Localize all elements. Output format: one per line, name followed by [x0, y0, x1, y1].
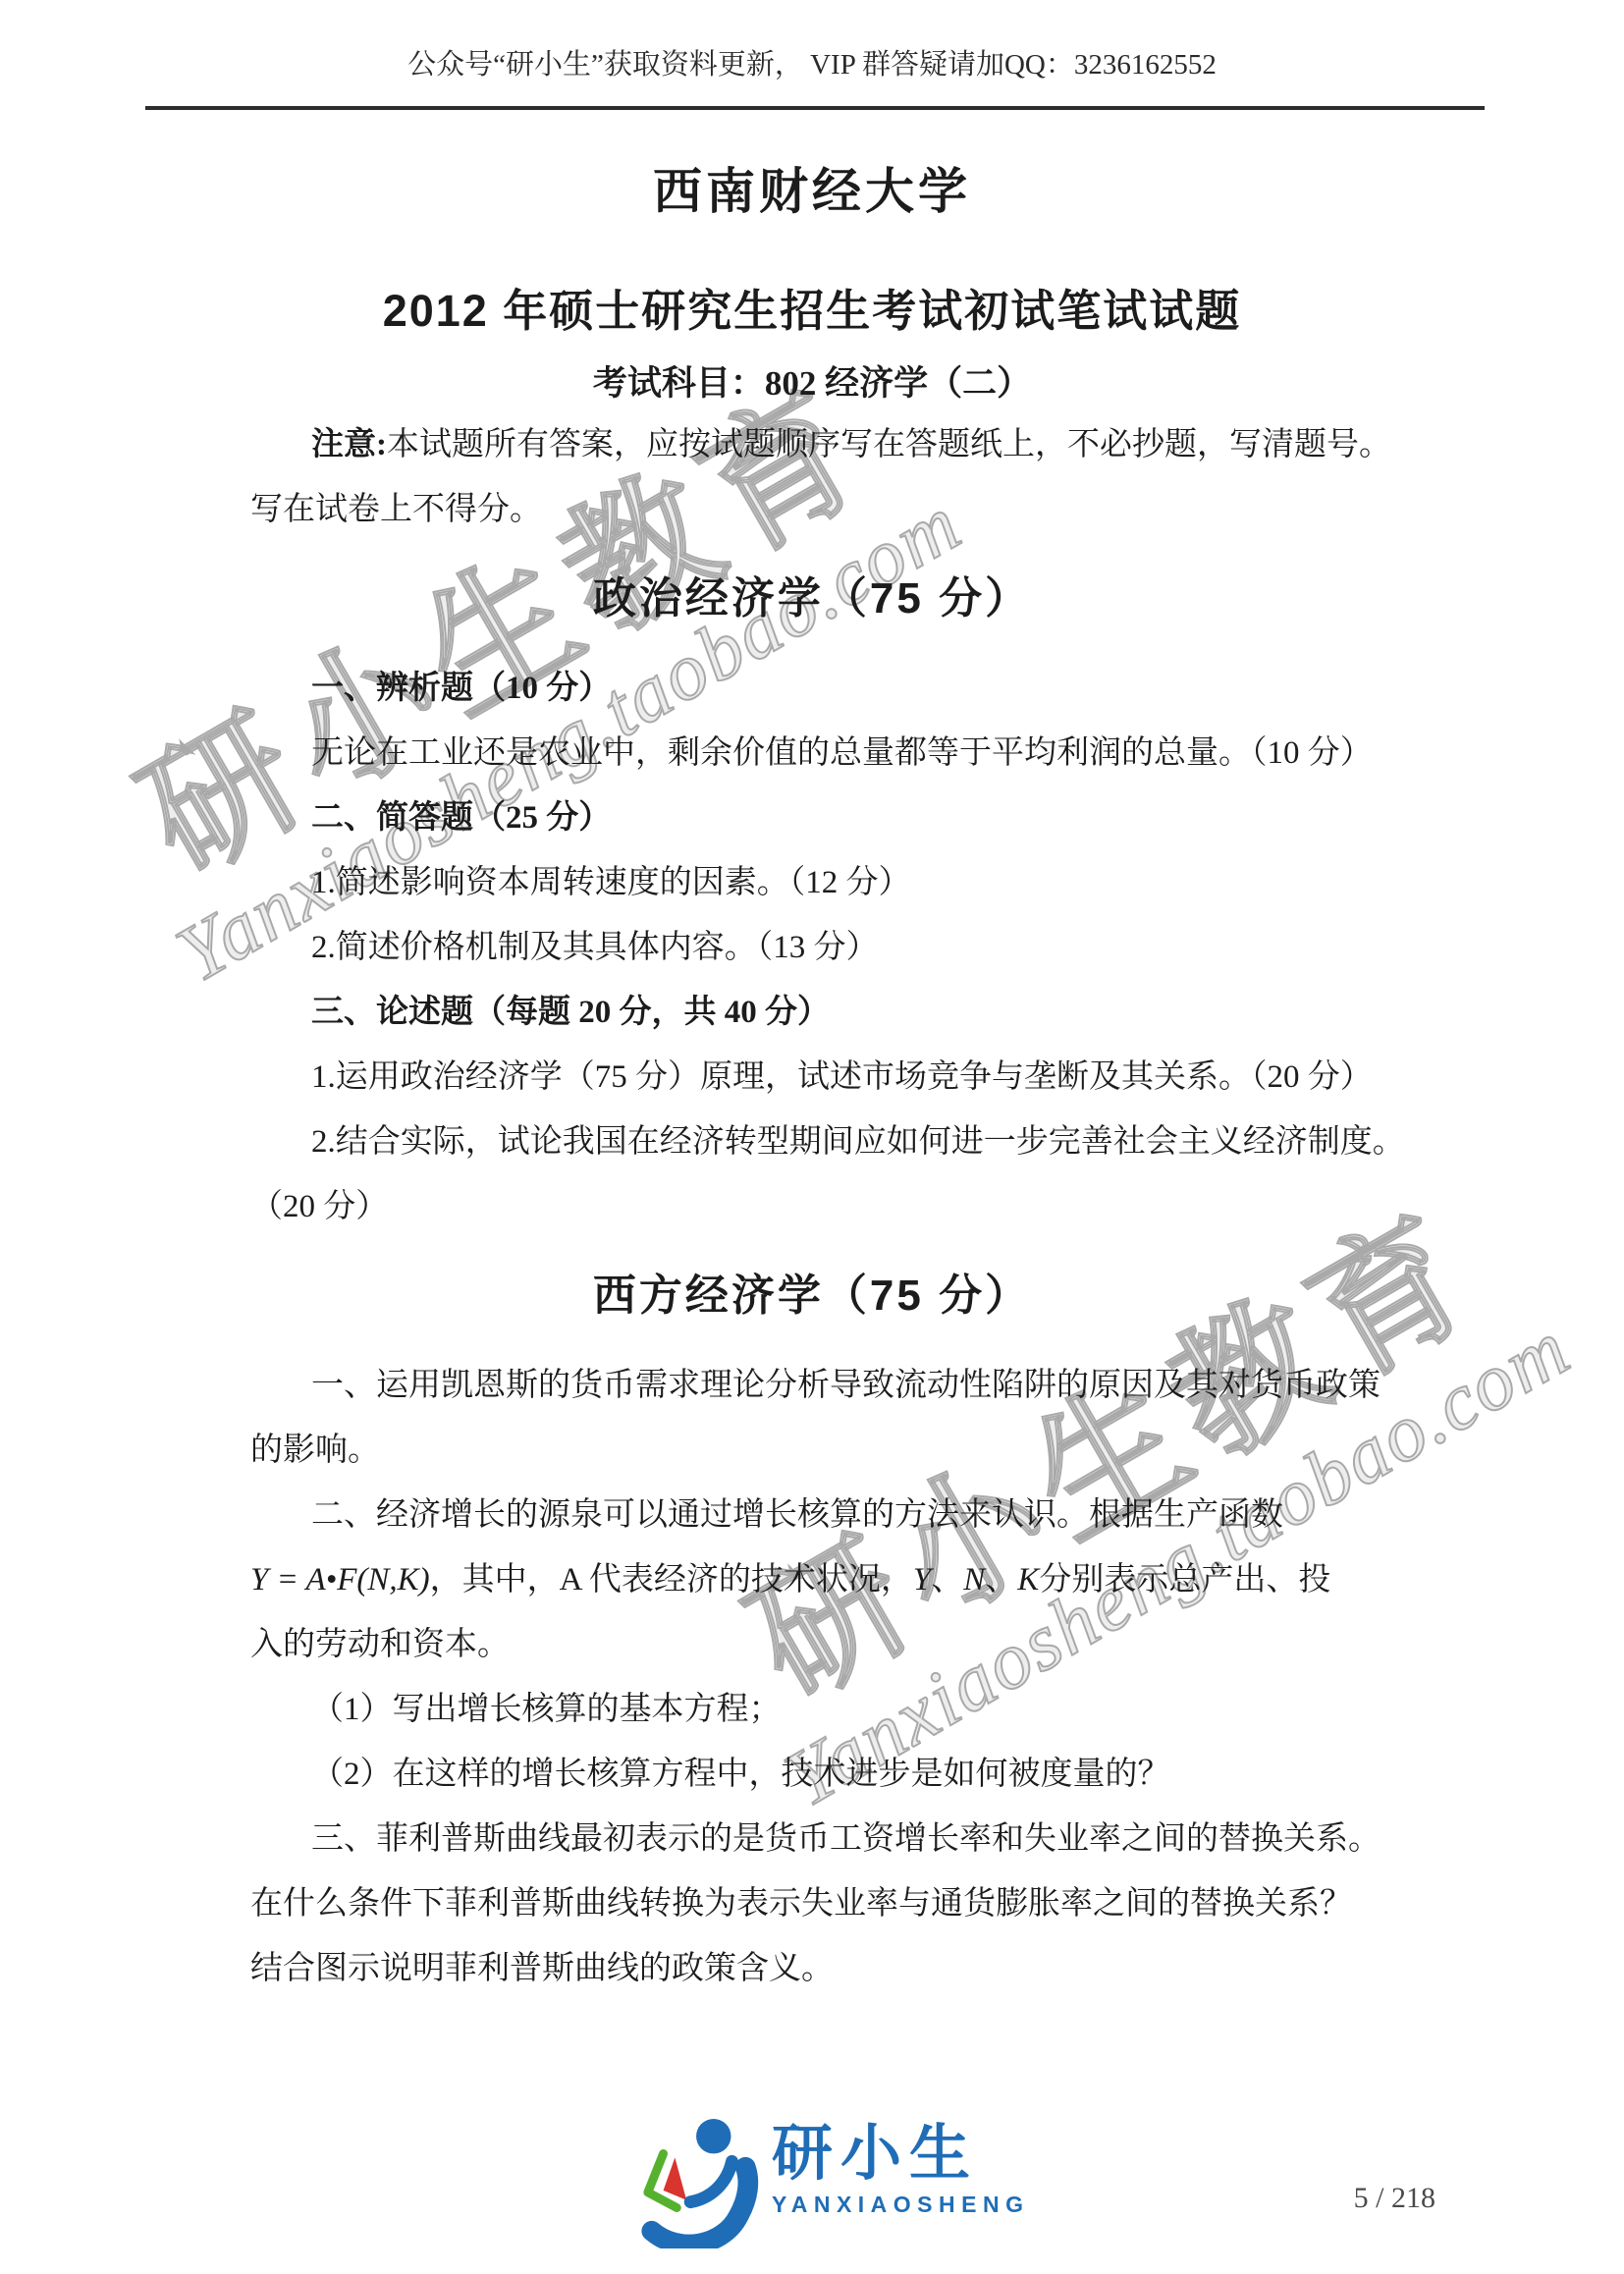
- university-title: 西南财经大学: [0, 161, 1624, 222]
- yanxiaosheng-logo-icon: [636, 2113, 762, 2248]
- question-head: 二、简答题（25 分）: [250, 785, 1428, 850]
- notice-label: 注意:: [311, 427, 387, 462]
- logo-chinese-name: 研小生: [772, 2123, 1029, 2186]
- subject-line: 考试科目：802 经济学（二）: [0, 361, 1624, 406]
- question-line: 1.运用政治经济学（75 分）原理，试述市场竞争与垄断及其关系。（20 分）: [250, 1045, 1428, 1110]
- formula-expression: Y = A•F(N,K): [250, 1562, 430, 1597]
- question-line: 在什么条件下菲利普斯曲线转换为表示失业率与通货膨胀率之间的替换关系？: [250, 1871, 1428, 1936]
- question-line: 三、菲利普斯曲线最初表示的是货币工资增长率和失业率之间的替换关系。: [250, 1807, 1428, 1871]
- header-divider-line: [145, 106, 1485, 110]
- question-subitem: （1）写出增长核算的基本方程；: [250, 1677, 1428, 1742]
- question-line: 二、经济增长的源泉可以通过增长核算的方法来认识。根据生产函数: [250, 1483, 1428, 1547]
- question-line: 结合图示说明菲利普斯曲线的政策含义。: [250, 1936, 1428, 2001]
- question-line: （20 分）: [250, 1174, 1428, 1239]
- exam-paper-page: 研小生教育 Yanxiaosheng.taobao.com 研小生教育 Yanx…: [0, 0, 1624, 2274]
- question-line: 2.结合实际，试论我国在经济转型期间应如何进一步完善社会主义经济制度。: [250, 1110, 1428, 1174]
- question-head: 一、辨析题（10 分）: [250, 656, 1428, 721]
- header-public-account-notice: 公众号“研小生”获取资料更新， VIP 群答疑请加QQ：3236162552: [0, 0, 1624, 82]
- yanxiaosheng-logo: 研小生 YANXIAOSHENG: [636, 2113, 1029, 2248]
- production-function-formula-line: Y = A•F(N,K)，其中，A 代表经济的技术状况，Y、N、K分别表示总产出…: [250, 1547, 1428, 1612]
- page-number: 5 / 218: [1354, 2182, 1435, 2215]
- yanxiaosheng-logo-text: 研小生 YANXIAOSHENG: [772, 2113, 1029, 2219]
- question-line: 1.简述影响资本周转速度的因素。（12 分）: [250, 850, 1428, 915]
- question-line: 的影响。: [250, 1418, 1428, 1483]
- notice-line-2: 写在试卷上不得分。: [250, 477, 1428, 542]
- question-head: 三、论述题（每题 20 分，共 40 分）: [250, 980, 1428, 1045]
- question-line: 一、运用凯恩斯的货币需求理论分析导致流动性陷阱的原因及其对货币政策: [250, 1353, 1428, 1418]
- logo-latin-name: YANXIAOSHENG: [772, 2190, 1029, 2219]
- question-line: 无论在工业还是农业中，剩余价值的总量都等于平均利润的总量。（10 分）: [250, 721, 1428, 785]
- section-heading-western-economics: 西方经济学（75 分）: [0, 1239, 1624, 1353]
- question-subitem: （2）在这样的增长核算方程中，技术进步是如何被度量的？: [250, 1742, 1428, 1807]
- notice-text: 本试题所有答案，应按试题顺序写在答题纸上，不必抄题，写清题号。: [387, 427, 1391, 462]
- section-heading-political-economy: 政治经济学（75 分）: [0, 542, 1624, 656]
- notice-line-1: 注意:本试题所有答案，应按试题顺序写在答题纸上，不必抄题，写清题号。: [250, 412, 1428, 477]
- question-line: 2.简述价格机制及其具体内容。（13 分）: [250, 915, 1428, 980]
- question-line: 入的劳动和资本。: [250, 1612, 1428, 1677]
- exam-title: 2012 年硕士研究生招生考试初试笔试试题: [0, 283, 1624, 340]
